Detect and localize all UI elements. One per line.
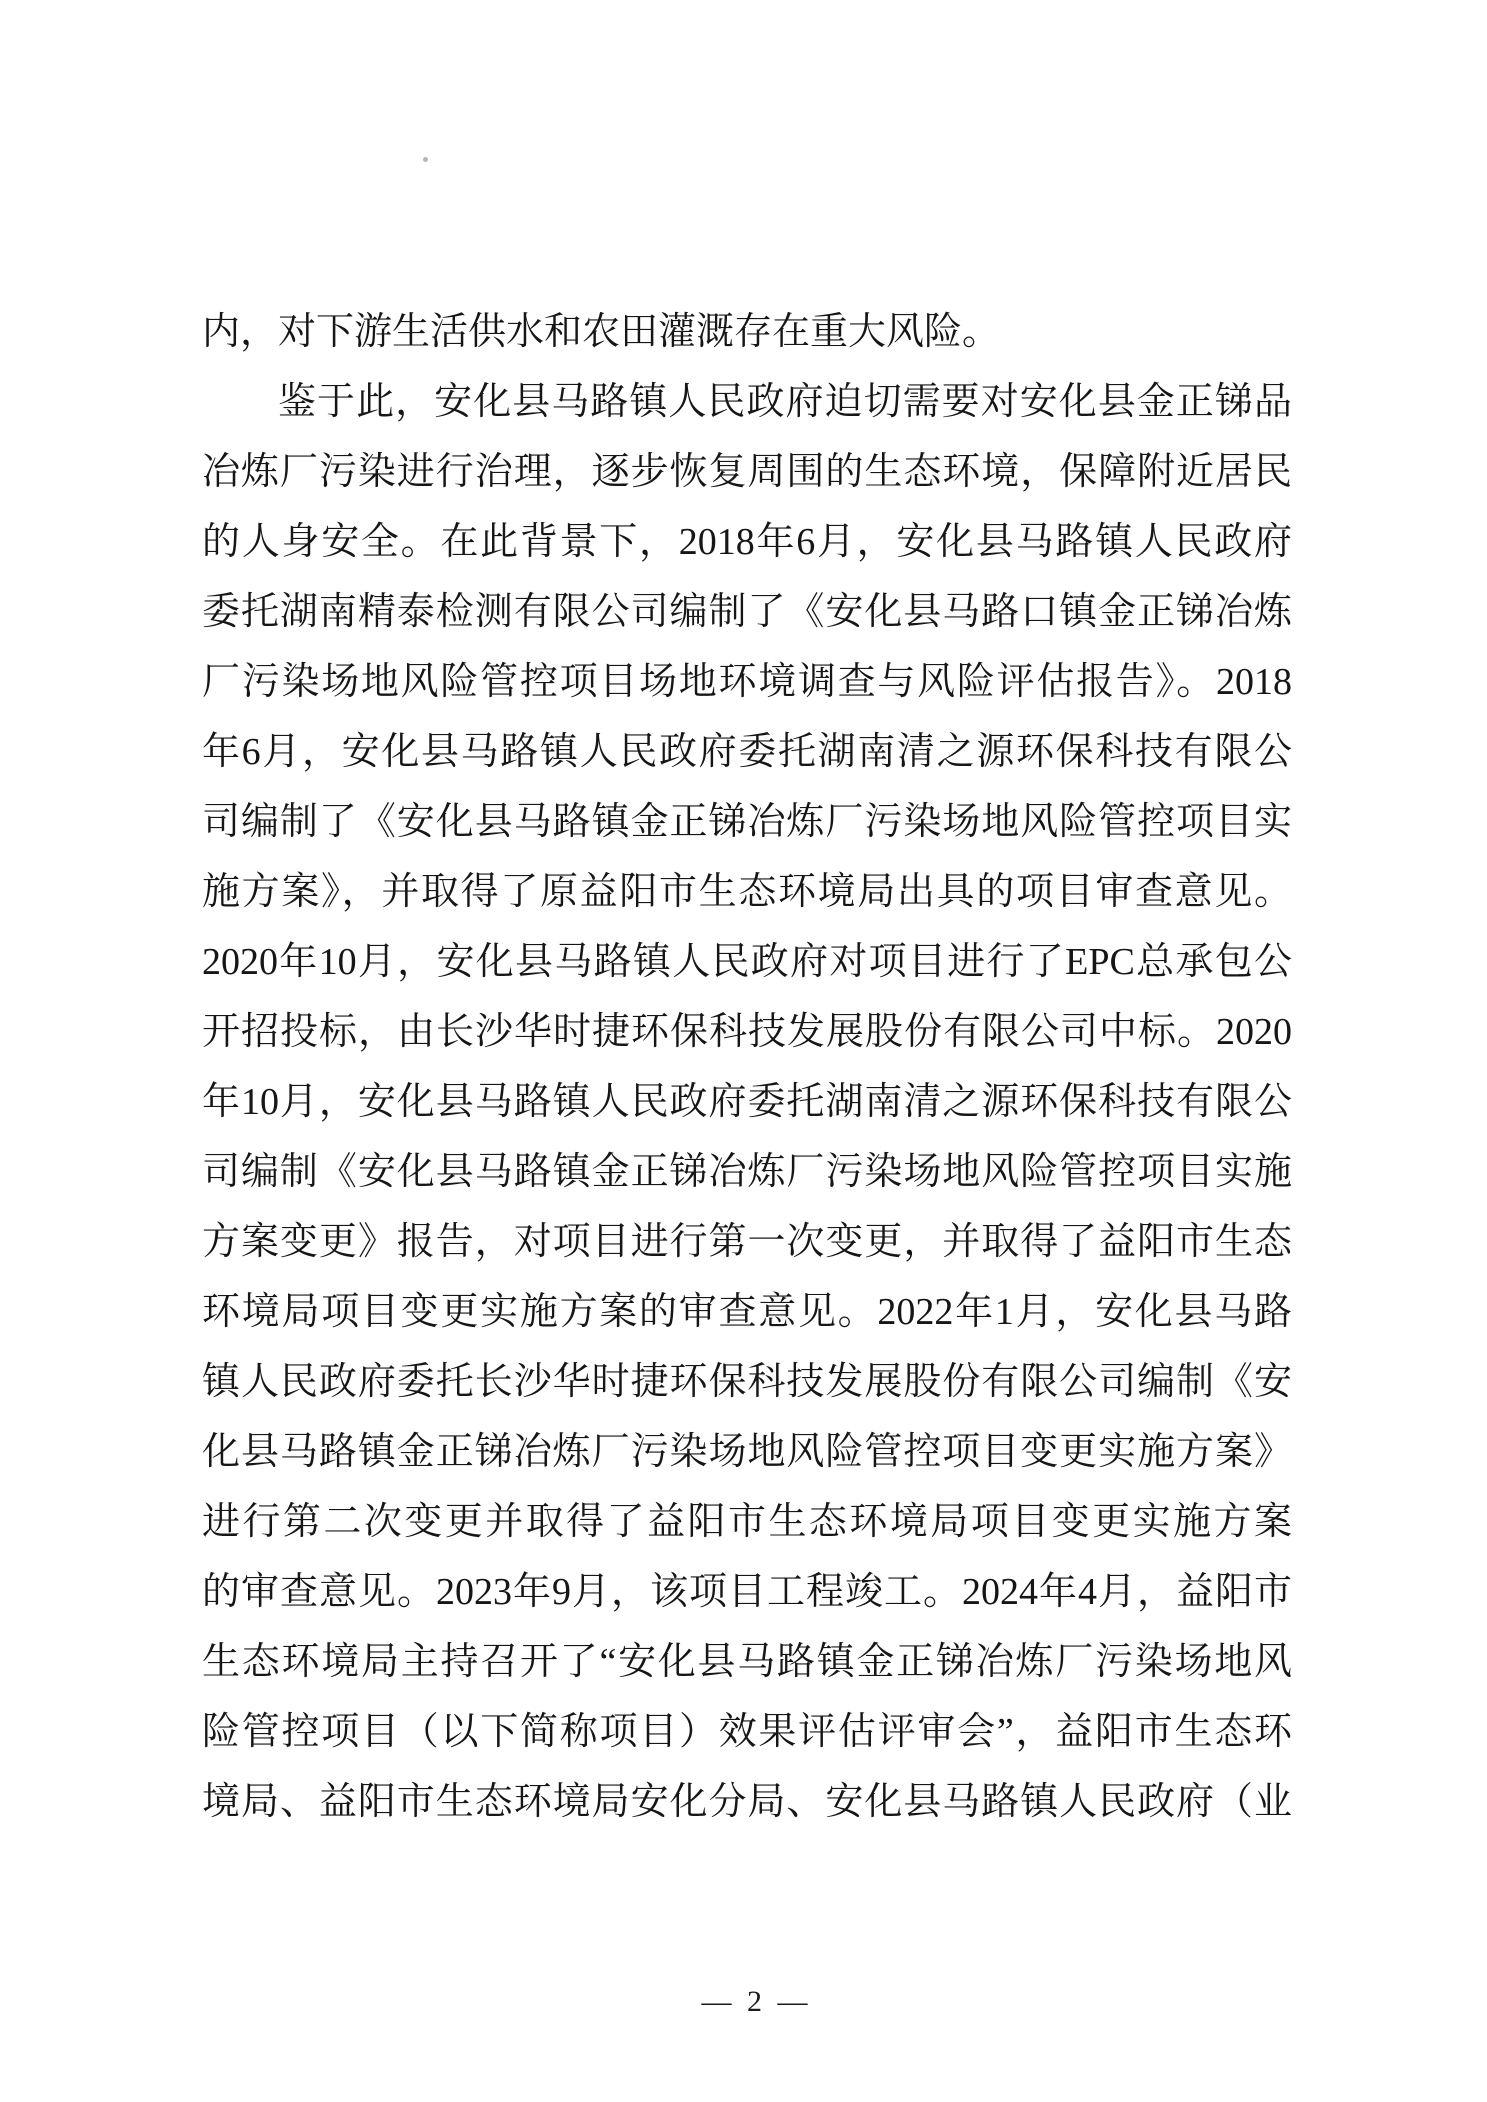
document-page: 内，对下游生活供水和农田灌溉存在重大风险。 鉴于此，安化县马路镇人民政府迫切需要… — [0, 0, 1487, 2102]
text-line: 开招投标，由长沙华时捷环保科技发展股份有限公司中标。2020 — [202, 997, 1292, 1067]
text-line: 的人身安全。在此背景下，2018年6月，安化县马路镇人民政府 — [202, 507, 1292, 577]
text-line: 内，对下游生活供水和农田灌溉存在重大风险。 — [202, 297, 1292, 367]
text-line: 施方案》，并取得了原益阳市生态环境局出具的项目审查意见。 — [202, 857, 1292, 927]
text-line: 境局、益阳市生态环境局安化分局、安化县马路镇人民政府（业 — [202, 1767, 1292, 1837]
text-line: 年10月，安化县马路镇人民政府委托湖南清之源环保科技有限公 — [202, 1067, 1292, 1137]
text-line: 生态环境局主持召开了“安化县马路镇金正锑冶炼厂污染场地风 — [202, 1627, 1292, 1697]
page-number: — 2 — — [13, 1985, 1487, 2019]
text-line: 厂污染场地风险管控项目场地环境调查与风险评估报告》。2018 — [202, 647, 1292, 717]
scan-artifact — [423, 157, 428, 162]
text-line: 化县马路镇金正锑冶炼厂污染场地风险管控项目变更实施方案》 — [202, 1417, 1292, 1487]
text-line: 司编制了《安化县马路镇金正锑冶炼厂污染场地风险管控项目实 — [202, 787, 1292, 857]
text-line: 年6月，安化县马路镇人民政府委托湖南清之源环保科技有限公 — [202, 717, 1292, 787]
text-line: 镇人民政府委托长沙华时捷环保科技发展股份有限公司编制《安 — [202, 1347, 1292, 1417]
text-line: 冶炼厂污染进行治理，逐步恢复周围的生态环境，保障附近居民 — [202, 437, 1292, 507]
text-line: 司编制《安化县马路镇金正锑冶炼厂污染场地风险管控项目实施 — [202, 1137, 1292, 1207]
text-line: 2020年10月，安化县马路镇人民政府对项目进行了EPC总承包公 — [202, 927, 1292, 997]
text-line: 方案变更》报告，对项目进行第一次变更，并取得了益阳市生态 — [202, 1207, 1292, 1277]
text-line: 的审查意见。2023年9月，该项目工程竣工。2024年4月，益阳市 — [202, 1557, 1292, 1627]
text-line: 鉴于此，安化县马路镇人民政府迫切需要对安化县金正锑品 — [202, 367, 1292, 437]
text-line: 委托湖南精泰检测有限公司编制了《安化县马路口镇金正锑冶炼 — [202, 577, 1292, 647]
text-line: 环境局项目变更实施方案的审查意见。2022年1月，安化县马路 — [202, 1277, 1292, 1347]
document-body: 内，对下游生活供水和农田灌溉存在重大风险。 鉴于此，安化县马路镇人民政府迫切需要… — [202, 297, 1292, 1837]
text-line: 险管控项目（以下简称项目）效果评估评审会”，益阳市生态环 — [202, 1697, 1292, 1767]
text-line: 进行第二次变更并取得了益阳市生态环境局项目变更实施方案 — [202, 1487, 1292, 1557]
